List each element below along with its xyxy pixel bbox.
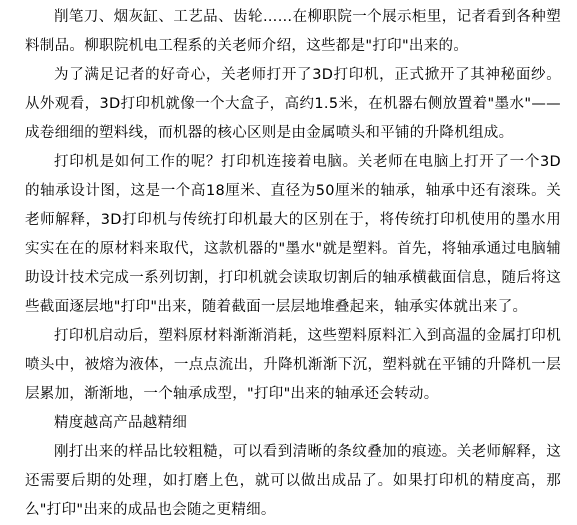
section-subheading: 精度越高产品越精细 bbox=[25, 409, 561, 438]
paragraph-appearance: 为了满足记者的好奇心，关老师打开了3D打印机，正式掀开了其神秘面纱。从外观看，3… bbox=[25, 61, 561, 148]
paragraph-printing-process: 打印机启动后，塑料原材料渐渐消耗，这些塑料原料汇入到高温的金属打印机喷头中，被熔… bbox=[25, 322, 561, 409]
paragraph-intro: 削笔刀、烟灰缸、工艺品、齿轮……在柳职院一个展示柜里，记者看到各种塑料制品。柳职… bbox=[25, 0, 561, 61]
article-body: 削笔刀、烟灰缸、工艺品、齿轮……在柳职院一个展示柜里，记者看到各种塑料制品。柳职… bbox=[25, 0, 561, 498]
paragraph-how-it-works: 打印机是如何工作的呢？打印机连接着电脑。关老师在电脑上打开了一个3D的轴承设计图… bbox=[25, 148, 561, 322]
paragraph-precision: 刚打出来的样品比较粗糙，可以看到清晰的条纹叠加的痕迹。关老师解释，这还需要后期的… bbox=[25, 438, 561, 498]
